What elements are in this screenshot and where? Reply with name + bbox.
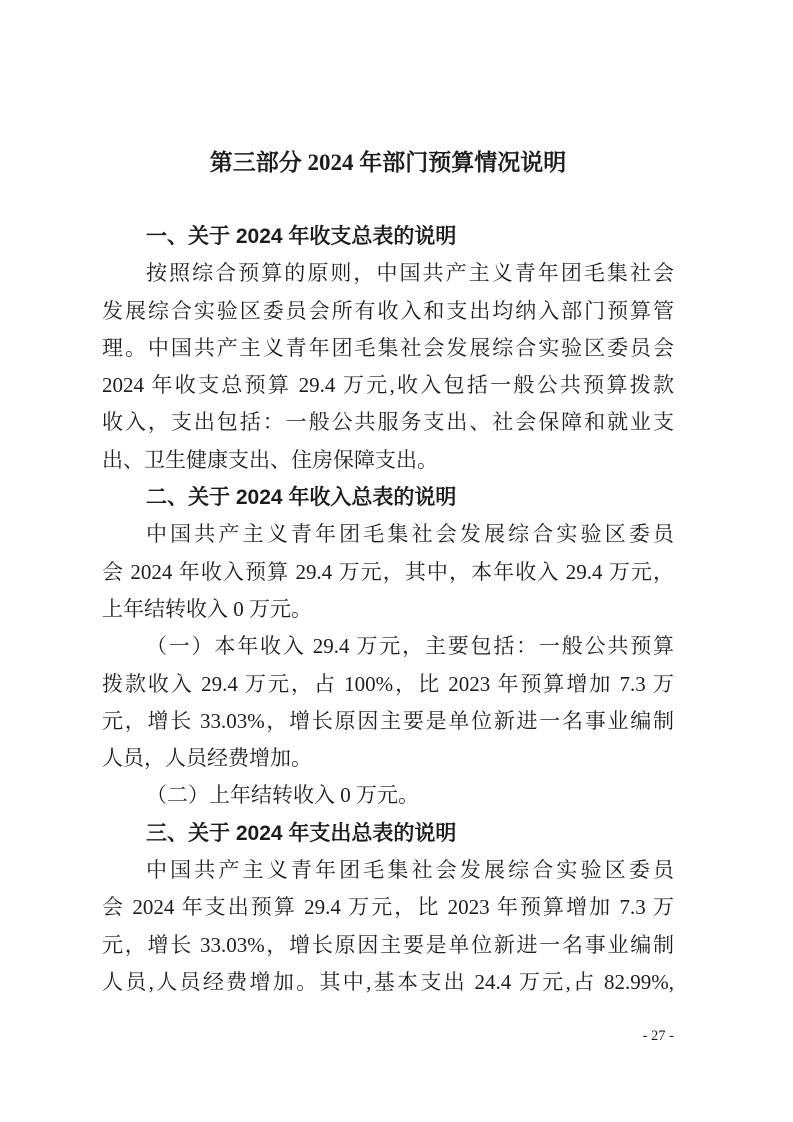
section-heading-2: 二、关于 2024 年收入总表的说明: [102, 479, 674, 516]
text-line: 会 2024 年支出预算 29.4 万元，比 2023 年预算增加 7.3 万: [102, 889, 674, 926]
text-line: 理。中国共产主义青年团毛集社会发展综合实验区委员会: [102, 330, 674, 367]
text-line: 中国共产主义青年团毛集社会发展综合实验区委员: [102, 852, 674, 889]
text-line: 人员，人员经费增加。: [102, 740, 674, 777]
blank-line: [102, 181, 674, 218]
text-line: 中国共产主义青年团毛集社会发展综合实验区委员: [102, 516, 674, 553]
text-line: 2024 年收支总预算 29.4 万元,收入包括一般公共预算拨款: [102, 367, 674, 404]
text-line: 发展综合实验区委员会所有收入和支出均纳入部门预算管: [102, 293, 674, 330]
text-line: 按照综合预算的原则，中国共产主义青年团毛集社会: [102, 255, 674, 292]
text-line: 元，增长 33.03%，增长原因主要是单位新进一名事业编制: [102, 703, 674, 740]
section-heading-1: 一、关于 2024 年收支总表的说明: [102, 218, 674, 255]
document-page: 第三部分 2024 年部门预算情况说明 一、关于 2024 年收支总表的说明 按…: [0, 0, 793, 1122]
text-line: 元，增长 33.03%，增长原因主要是单位新进一名事业编制: [102, 927, 674, 964]
text-line: 出、卫生健康支出、住房保障支出。: [102, 442, 674, 479]
text-line: 上年结转收入 0 万元。: [102, 591, 674, 628]
text-line: （二）上年结转收入 0 万元。: [102, 777, 674, 814]
text-line: （一）本年收入 29.4 万元，主要包括：一般公共预算: [102, 628, 674, 665]
document-title: 第三部分 2024 年部门预算情况说明: [102, 144, 674, 181]
text-line: 会 2024 年收入预算 29.4 万元，其中，本年收入 29.4 万元，: [102, 554, 674, 591]
text-line: 收入，支出包括：一般公共服务支出、社会保障和就业支: [102, 404, 674, 441]
text-line: 人员,人员经费增加。其中,基本支出 24.4 万元,占 82.99%,: [102, 964, 674, 1001]
text-line: 拨款收入 29.4 万元，占 100%，比 2023 年预算增加 7.3 万: [102, 666, 674, 703]
page-number: - 27 -: [643, 1027, 674, 1045]
section-heading-3: 三、关于 2024 年支出总表的说明: [102, 815, 674, 852]
document-content: 第三部分 2024 年部门预算情况说明 一、关于 2024 年收支总表的说明 按…: [102, 144, 674, 1001]
